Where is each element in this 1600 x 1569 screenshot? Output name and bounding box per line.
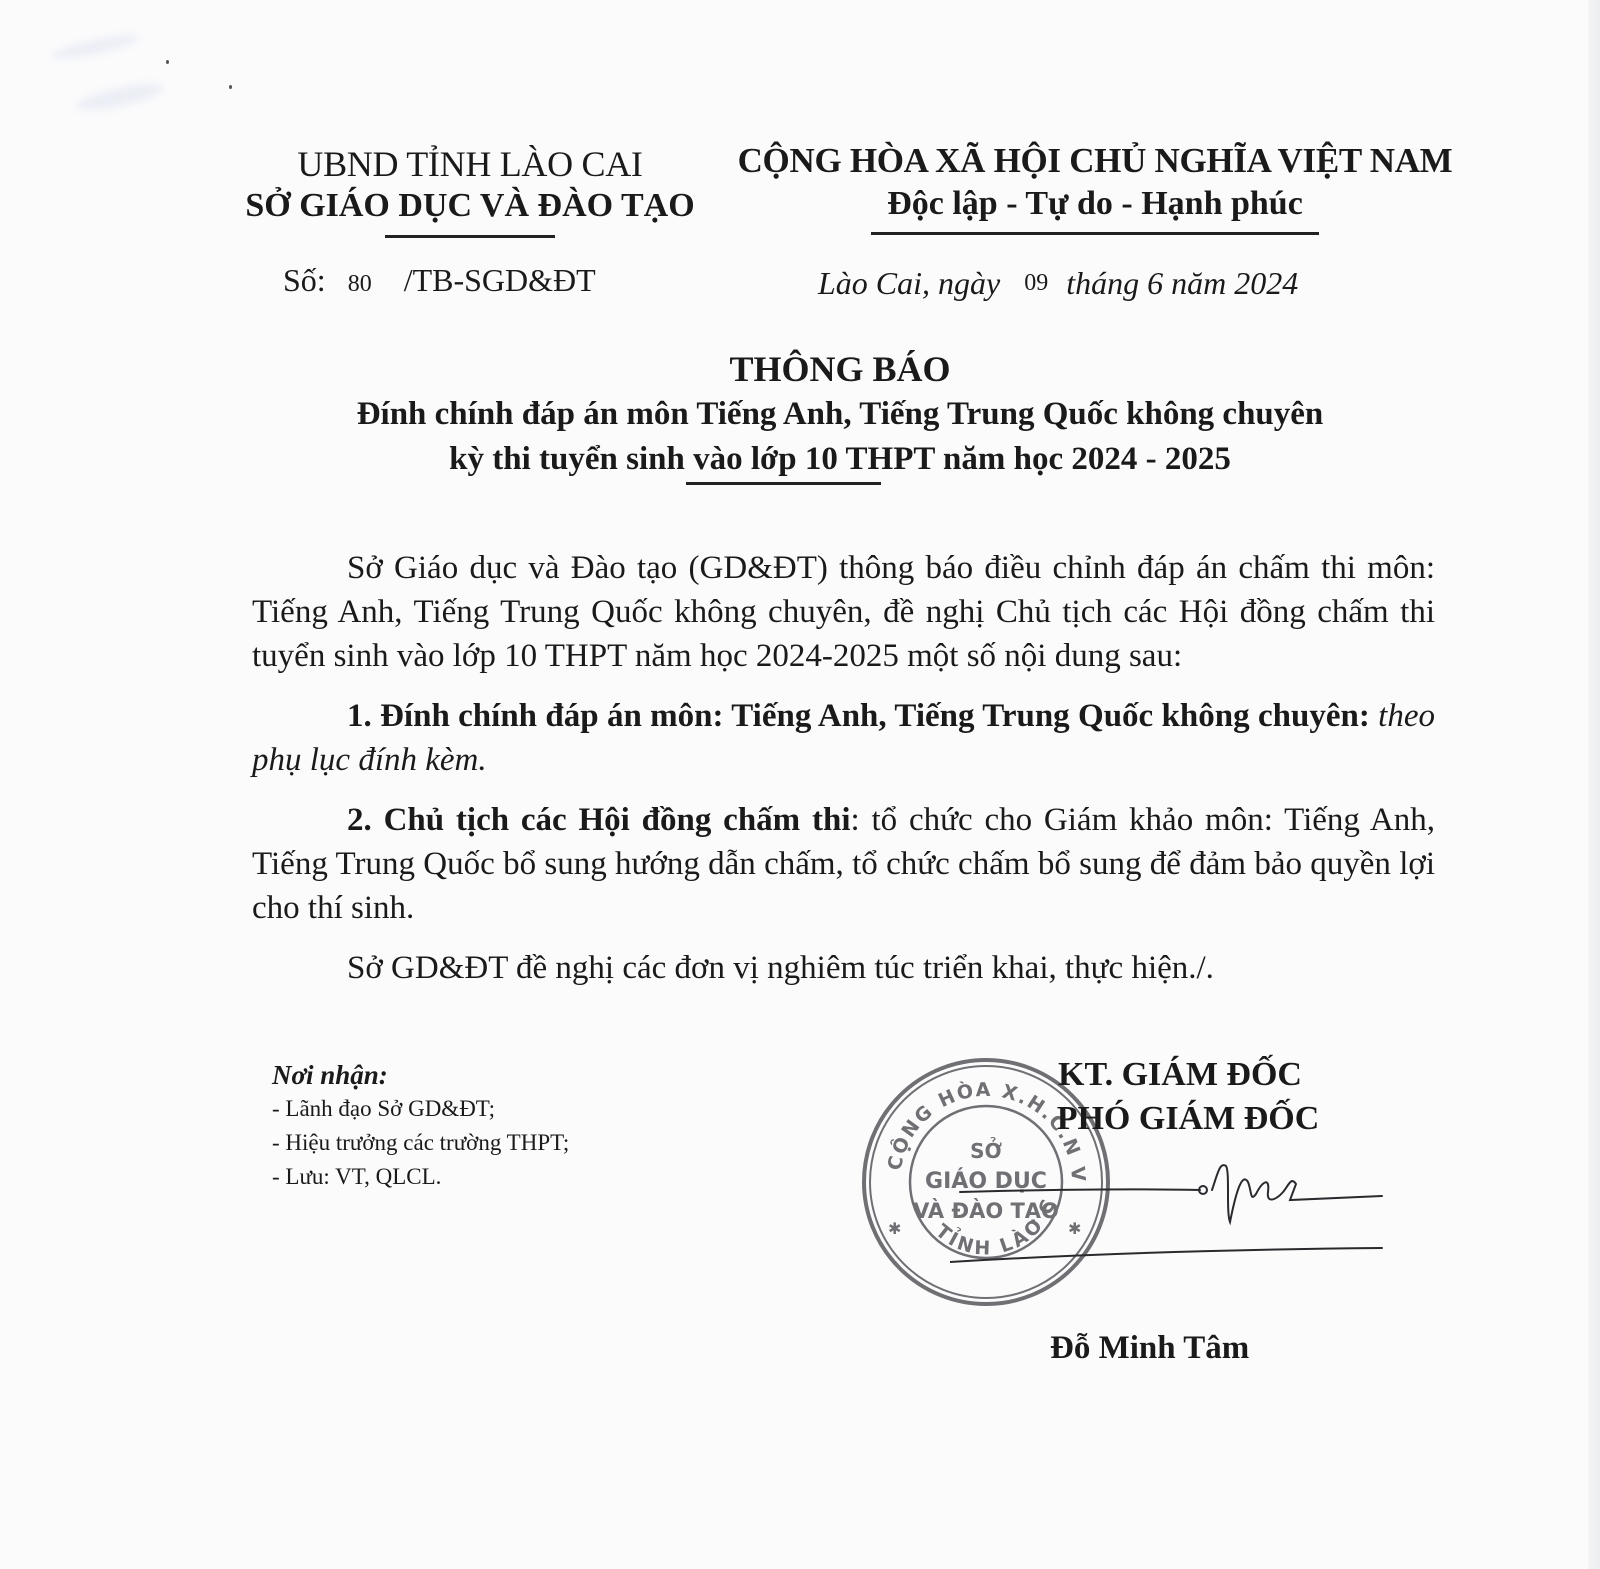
closing-paragraph: Sở GD&ĐT đề nghị các đơn vị nghiêm túc t…	[252, 946, 1435, 990]
date-day: 09	[1024, 270, 1048, 296]
recipient-item: - Lưu: VT, QLCL.	[272, 1160, 569, 1194]
intro-paragraph: Sở Giáo dục và Đào tạo (GD&ĐT) thông báo…	[252, 546, 1435, 678]
subject-line-1: Đính chính đáp án môn Tiếng Anh, Tiếng T…	[240, 392, 1440, 436]
subject-line-2: kỳ thi tuyển sinh vào lớp 10 THPT năm họ…	[240, 436, 1440, 482]
item-2: 2. Chủ tịch các Hội đồng chấm thi: tổ ch…	[252, 798, 1435, 930]
scan-smudge	[50, 31, 141, 63]
doc-number-value: 80	[348, 271, 372, 297]
date-place: Lào Cai, ngày	[818, 265, 1000, 301]
header-underline	[385, 235, 555, 238]
recipient-item: - Hiệu trưởng các trường THPT;	[272, 1126, 569, 1160]
document-number: Số:80/TB-SGD&ĐT	[283, 262, 596, 299]
doc-number-suffix: /TB-SGD&ĐT	[404, 262, 596, 298]
nation-name: CỘNG HÒA XÃ HỘI CHỦ NGHĨA VIỆT NAM	[725, 140, 1465, 182]
document-title: THÔNG BÁO Đính chính đáp án môn Tiếng An…	[240, 346, 1440, 485]
item-1: 1. Đính chính đáp án môn: Tiếng Anh, Tiế…	[252, 694, 1435, 782]
page-edge	[1588, 0, 1600, 1569]
recipients-heading: Nơi nhận:	[272, 1058, 569, 1092]
signer-role-line-1: KT. GIÁM ĐỐC	[1030, 1052, 1330, 1098]
document-body: Sở Giáo dục và Đào tạo (GD&ĐT) thông báo…	[252, 546, 1435, 990]
recipient-item: - Lãnh đạo Sở GD&ĐT;	[272, 1092, 569, 1126]
title-underline	[686, 482, 881, 485]
recipients-block: Nơi nhận: - Lãnh đạo Sở GD&ĐT; - Hiệu tr…	[272, 1058, 569, 1194]
scan-speck	[166, 60, 169, 64]
motto-underline	[871, 232, 1319, 235]
department-name: SỞ GIÁO DỤC VÀ ĐÀO TẠO	[225, 185, 715, 227]
date-month-year: tháng 6 năm 2024	[1066, 265, 1298, 301]
scan-smudge	[74, 79, 166, 115]
doc-number-label: Số:	[283, 262, 326, 298]
national-motto: Độc lập - Tự do - Hạnh phúc	[725, 182, 1465, 226]
scan-speck	[229, 85, 232, 89]
document-type: THÔNG BÁO	[240, 346, 1440, 392]
national-header: CỘNG HÒA XÃ HỘI CHỦ NGHĨA VIỆT NAM Độc l…	[725, 140, 1465, 235]
handwritten-signature-icon	[950, 1132, 1390, 1272]
item-2-heading: 2. Chủ tịch các Hội đồng chấm thi	[347, 802, 851, 838]
issuing-authority-header: UBND TỈNH LÀO CAI SỞ GIÁO DỤC VÀ ĐÀO TẠO	[225, 143, 715, 238]
authority-name: UBND TỈNH LÀO CAI	[225, 143, 715, 185]
document-date: Lào Cai, ngày09tháng 6 năm 2024	[818, 265, 1298, 302]
signer-name: Đỗ Minh Tâm	[1050, 1330, 1249, 1367]
item-1-heading: 1. Đính chính đáp án môn: Tiếng Anh, Tiế…	[347, 698, 1370, 734]
svg-text:✱: ✱	[888, 1219, 901, 1238]
